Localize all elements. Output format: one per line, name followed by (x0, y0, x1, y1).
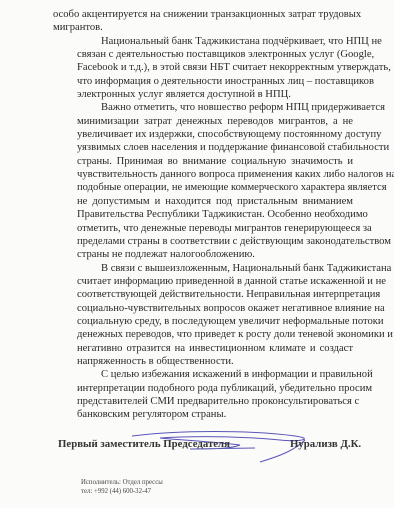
text-line: негативно отразится на инвестиционном кл… (53, 342, 353, 355)
executor-info: Исполнитель: Отдел прессы тел: +992 (44)… (81, 478, 163, 496)
text-line: страны. Принимая во внимание социальную … (53, 155, 353, 168)
text-line: Важно отметить, что новшество реформ НПЦ… (53, 101, 353, 114)
text-line: не допустимым и находится под пристальны… (53, 195, 353, 208)
text-line: Правительства Республики Таджикистан. Ос… (53, 208, 353, 221)
text-line: мигрантов. (53, 21, 353, 34)
text-line: социальную среду, в последующем увеличит… (53, 315, 353, 328)
text-line: страны не подлежат налогообложению. (53, 248, 353, 261)
text-line: интерпретации подобного рода публикаций,… (53, 382, 353, 395)
text-line: минимизации затрат денежных переводов ми… (53, 115, 353, 128)
text-line: В связи с вышеизложенным, Национальный б… (53, 262, 353, 275)
text-line: С целью избежания искажений в информации… (53, 368, 353, 381)
text-line: увеличивает их издержки, способствующему… (53, 128, 353, 141)
text-line: напряженность в общественности. (53, 355, 353, 368)
executor-phone: тел: +992 (44) 600-32-47 (81, 487, 163, 496)
text-line: денежных переводов, что приведет к росту… (53, 328, 353, 341)
text-line: подобные операции, не имеющие коммерческ… (53, 181, 353, 194)
text-line: Facebook и т.д.), в этой связи НБТ счита… (53, 61, 353, 74)
signer-name: Нурализв Д.К. (290, 438, 361, 450)
paragraph: Национальный банк Таджикистана подчёркив… (53, 35, 353, 102)
paragraph: особо акцентируется на снижении транзакц… (53, 8, 353, 35)
text-line: считает информацию приведенной в данной … (53, 275, 353, 288)
text-line: банковским регулятором страны. (53, 408, 353, 421)
text-line: Национальный банк Таджикистана подчёркив… (53, 35, 353, 48)
paragraph: С целью избежания искажений в информации… (53, 368, 353, 421)
text-line: связан с деятельностью поставщиков элект… (53, 48, 353, 61)
letter-body: особо акцентируется на снижении транзакц… (53, 8, 353, 422)
text-line: представителей СМИ предварительно прокон… (53, 395, 353, 408)
text-line: отметить, что денежные переводы мигранто… (53, 222, 353, 235)
text-line: что информация о деятельности иностранны… (53, 75, 353, 88)
text-line: соответствующей действительности. Неправ… (53, 288, 353, 301)
text-line: особо акцентируется на снижении транзакц… (53, 8, 353, 21)
text-line: пределами страны в соответствии с действ… (53, 235, 353, 248)
text-line: чувствительность данного вопроса примене… (53, 168, 353, 181)
signer-title: Первый заместитель Председателя (58, 438, 230, 450)
text-line: социально-чувствительных вопросов окажет… (53, 302, 353, 315)
executor-department: Исполнитель: Отдел прессы (81, 478, 163, 487)
paragraph: В связи с вышеизложенным, Национальный б… (53, 262, 353, 369)
document-page: особо акцентируется на снижении транзакц… (0, 0, 394, 508)
text-line: электронных услуг является доступной в Н… (53, 88, 353, 101)
paragraph: Важно отметить, что новшество реформ НПЦ… (53, 101, 353, 261)
text-line: уязвимых слоев населения и поддержание ф… (53, 141, 353, 154)
